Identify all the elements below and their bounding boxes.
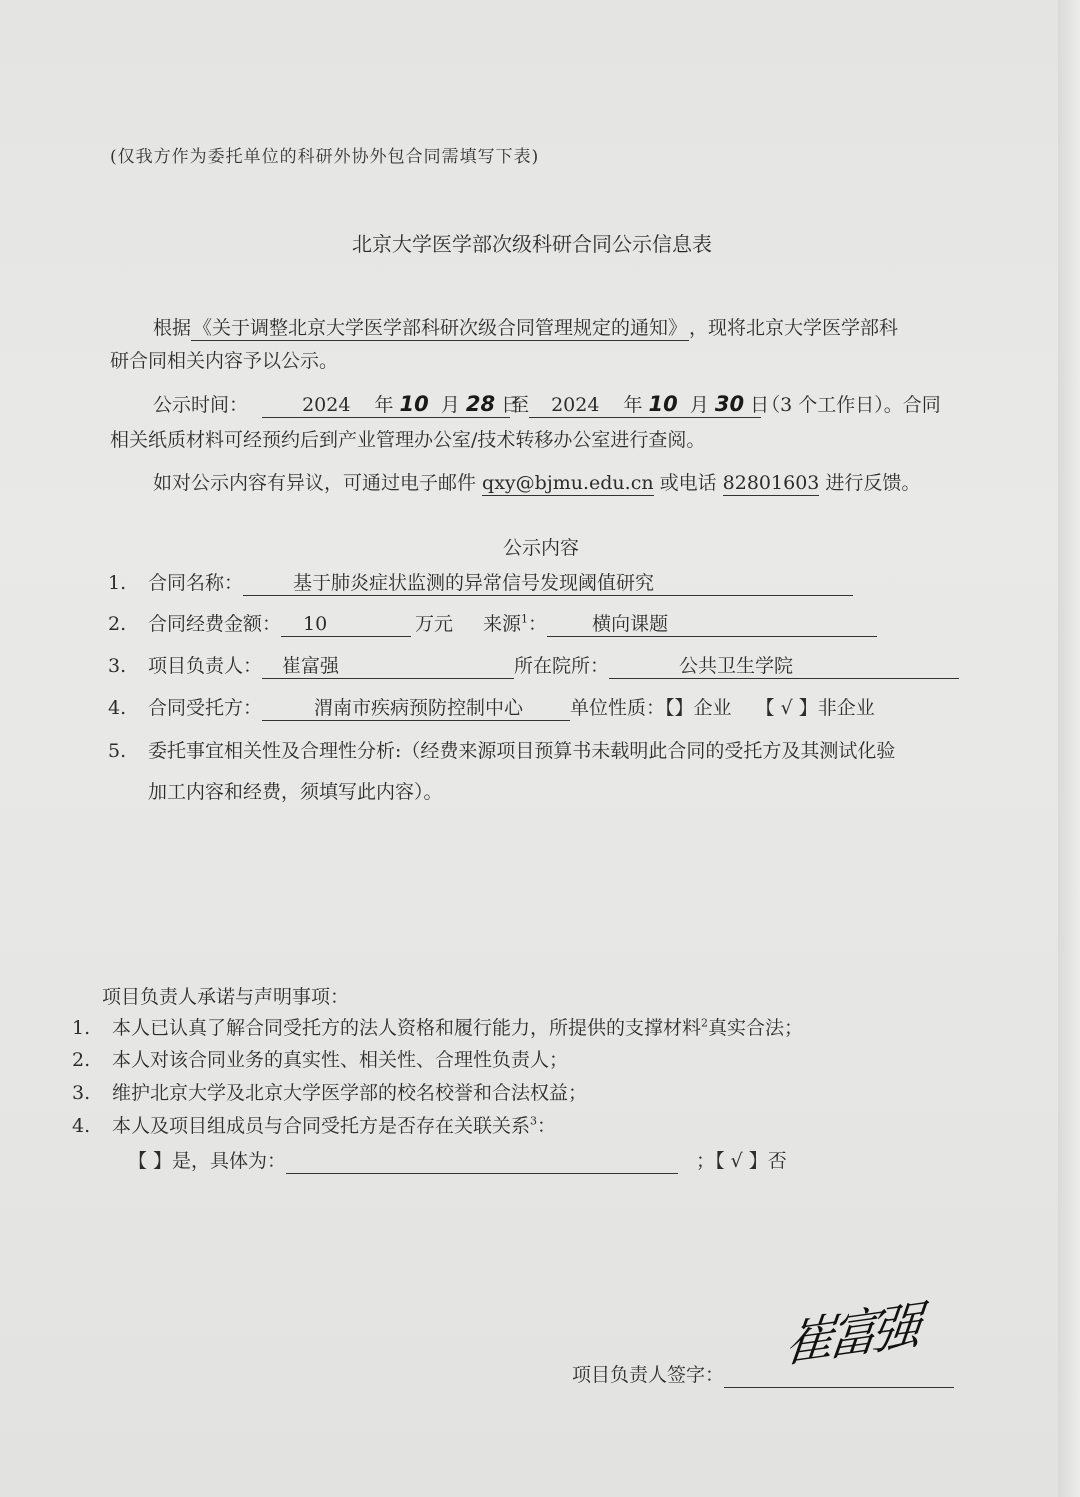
start-date-field: 2024 年 10 月 28 日 (262, 392, 510, 418)
start-year: 2024 (302, 394, 350, 416)
item-number: 2. (72, 1049, 112, 1071)
item-label: 合同受托方： (148, 697, 262, 719)
section-title: 公示内容 (503, 533, 579, 560)
regulation-reference: 《关于调整北京大学医学部科研次级合同管理规定的通知》 (191, 318, 689, 341)
to-char: 至 (510, 394, 529, 416)
relation-no-checkbox[interactable]: 【 √ 】否 (715, 1150, 787, 1172)
end-day: 30 (715, 392, 744, 416)
amount-unit: 万元 (415, 613, 453, 635)
option-non-enterprise-checkbox[interactable]: 【 √ 】非企业 (756, 697, 875, 719)
start-day: 28 (466, 392, 495, 416)
source-colon: ： (528, 613, 547, 635)
intro-line-2: 研合同相关内容予以公示。 (110, 346, 338, 373)
footnote-2: 2 (701, 1017, 708, 1030)
paper-edge (1058, 0, 1080, 1497)
form-scope-note: (仅我方作为委托单位的科研外协外包合同需填写下表) (110, 142, 539, 167)
item-number: 4. (72, 1115, 112, 1137)
feedback-line: 如对公示内容有异议，可通过电子邮件 qxy@bjmu.edu.cn 或电话 82… (153, 468, 920, 496)
item-contract-name: 1.合同名称：基于肺炎症状监测的异常信号发现阈值研究 (108, 568, 853, 596)
month-char: 月 (690, 394, 709, 416)
item-label: 委托事宜相关性及合理性分析:（经费来源项目预算书未载明此合同的受托方及其测试化验 (148, 740, 895, 762)
institute-field: 公共卫生学院 (609, 656, 959, 679)
item-label: 项目负责人： (148, 655, 262, 677)
commitment-item: 2.本人对该合同业务的真实性、相关性、合理性负责人； (72, 1045, 568, 1072)
option-enterprise-checkbox[interactable]: 【】企业 (665, 697, 732, 719)
signature-label: 项目负责人签字： (572, 1364, 724, 1386)
commitment-text-2: 真实合法； (708, 1017, 803, 1039)
contractee-field: 渭南市疾病预防控制中心 (262, 698, 570, 721)
commitment-text: 本人及项目组成员与合同受托方是否存在关联关系 (112, 1115, 530, 1137)
document-title: 北京大学医学部次级科研合同公示信息表 (352, 228, 712, 257)
item-number: 3. (108, 655, 148, 677)
feedback-suffix: 进行反馈。 (819, 472, 920, 494)
commitment-item: 3.维护北京大学及北京大学医学部的校名校誉和合法权益； (72, 1078, 587, 1105)
intro-suffix: ，现将北京大学医学部科 (689, 317, 898, 339)
nature-label: 单位性质： (570, 697, 665, 719)
item-label: 合同名称： (148, 572, 243, 594)
contractee-value: 渭南市疾病预防控制中心 (314, 697, 523, 719)
leader-field: 崔富强 (262, 656, 514, 679)
source-label: 来源 (483, 613, 521, 635)
item-number: 5. (108, 740, 148, 762)
feedback-email[interactable]: qxy@bjmu.edu.cn (482, 473, 654, 496)
leader-value: 崔富强 (282, 655, 339, 677)
period-line-2: 相关纸质材料可经预约后到产业管理办公室/技术转移办公室进行查阅。 (110, 425, 705, 452)
item-contractee: 4.合同受托方：渭南市疾病预防控制中心单位性质：【】企业【 √ 】非企业 (108, 693, 875, 721)
item-number: 2. (108, 613, 148, 635)
publicity-period: 公示时间： 2024 年 10 月 28 日至 2024 年 10 月 30 日… (153, 390, 941, 418)
intro-line-1: 根据《关于调整北京大学医学部科研次级合同管理规定的通知》，现将北京大学医学部科 (153, 313, 898, 341)
contract-name-value: 基于肺炎症状监测的异常信号发现阈值研究 (293, 572, 654, 594)
feedback-prefix: 如对公示内容有异议，可通过电子邮件 (153, 472, 482, 494)
contract-name-field: 基于肺炎症状监测的异常信号发现阈值研究 (243, 573, 853, 596)
separator: ； (696, 1150, 715, 1172)
feedback-phone: 82801603 (723, 473, 820, 496)
footnote-1: 1 (521, 613, 528, 626)
institute-label: 所在院所： (514, 655, 609, 677)
footnote-3: 3 (530, 1115, 537, 1128)
commitment-text: 本人已认真了解合同受托方的法人资格和履行能力，所提供的支撑材料 (112, 1017, 701, 1039)
commitment-text: 维护北京大学及北京大学医学部的校名校誉和合法权益； (112, 1082, 587, 1104)
item-number: 1. (72, 1017, 112, 1039)
end-date-field: 2024 年 10 月 30 日 (529, 392, 761, 418)
intro-prefix: 根据 (153, 317, 191, 339)
amount-value: 10 (303, 613, 327, 635)
commitment-item: 4.本人及项目组成员与合同受托方是否存在关联关系3： (72, 1111, 556, 1138)
item-project-leader: 3.项目负责人：崔富强所在院所：公共卫生学院 (108, 651, 959, 679)
relation-detail-field[interactable] (286, 1151, 678, 1174)
start-month: 10 (400, 392, 429, 416)
year-char: 年 (623, 394, 642, 416)
item-5-line-2: 加工内容和经费，须填写此内容）。 (148, 777, 443, 804)
feedback-middle: 或电话 (654, 472, 723, 494)
source-field: 横向课题 (547, 614, 877, 637)
relation-options: 【 】是，具体为： ；【 √ 】否 (128, 1146, 787, 1174)
source-value: 横向课题 (592, 613, 668, 635)
item-number: 1. (108, 572, 148, 594)
relation-yes-checkbox[interactable]: 【 】是，具体为： (128, 1150, 286, 1172)
item-relevance-analysis: 5.委托事宜相关性及合理性分析:（经费来源项目预算书未载明此合同的受托方及其测试… (108, 736, 895, 763)
commitment-text-2: ： (537, 1115, 556, 1137)
end-year: 2024 (551, 394, 599, 416)
institute-value: 公共卫生学院 (679, 655, 793, 677)
item-number: 3. (72, 1082, 112, 1104)
commitment-item: 1.本人已认真了解合同受托方的法人资格和履行能力，所提供的支撑材料2真实合法； (72, 1013, 803, 1040)
item-number: 4. (108, 697, 148, 719)
commitment-text: 本人对该合同业务的真实性、相关性、合理性负责人； (112, 1049, 568, 1071)
item-contract-amount: 2.合同经费金额：10万元来源1：横向课题 (108, 609, 877, 637)
commitment-title: 项目负责人承诺与声明事项： (102, 982, 349, 1009)
signature-row: 项目负责人签字： (572, 1360, 954, 1388)
year-char: 年 (374, 394, 393, 416)
period-label: 公示时间： (153, 394, 248, 416)
item-label: 合同经费金额： (148, 613, 281, 635)
month-char: 月 (441, 394, 460, 416)
amount-field: 10 (281, 614, 411, 637)
end-month: 10 (649, 392, 678, 416)
duration-note: （3 个工作日）。合同 (761, 394, 941, 416)
